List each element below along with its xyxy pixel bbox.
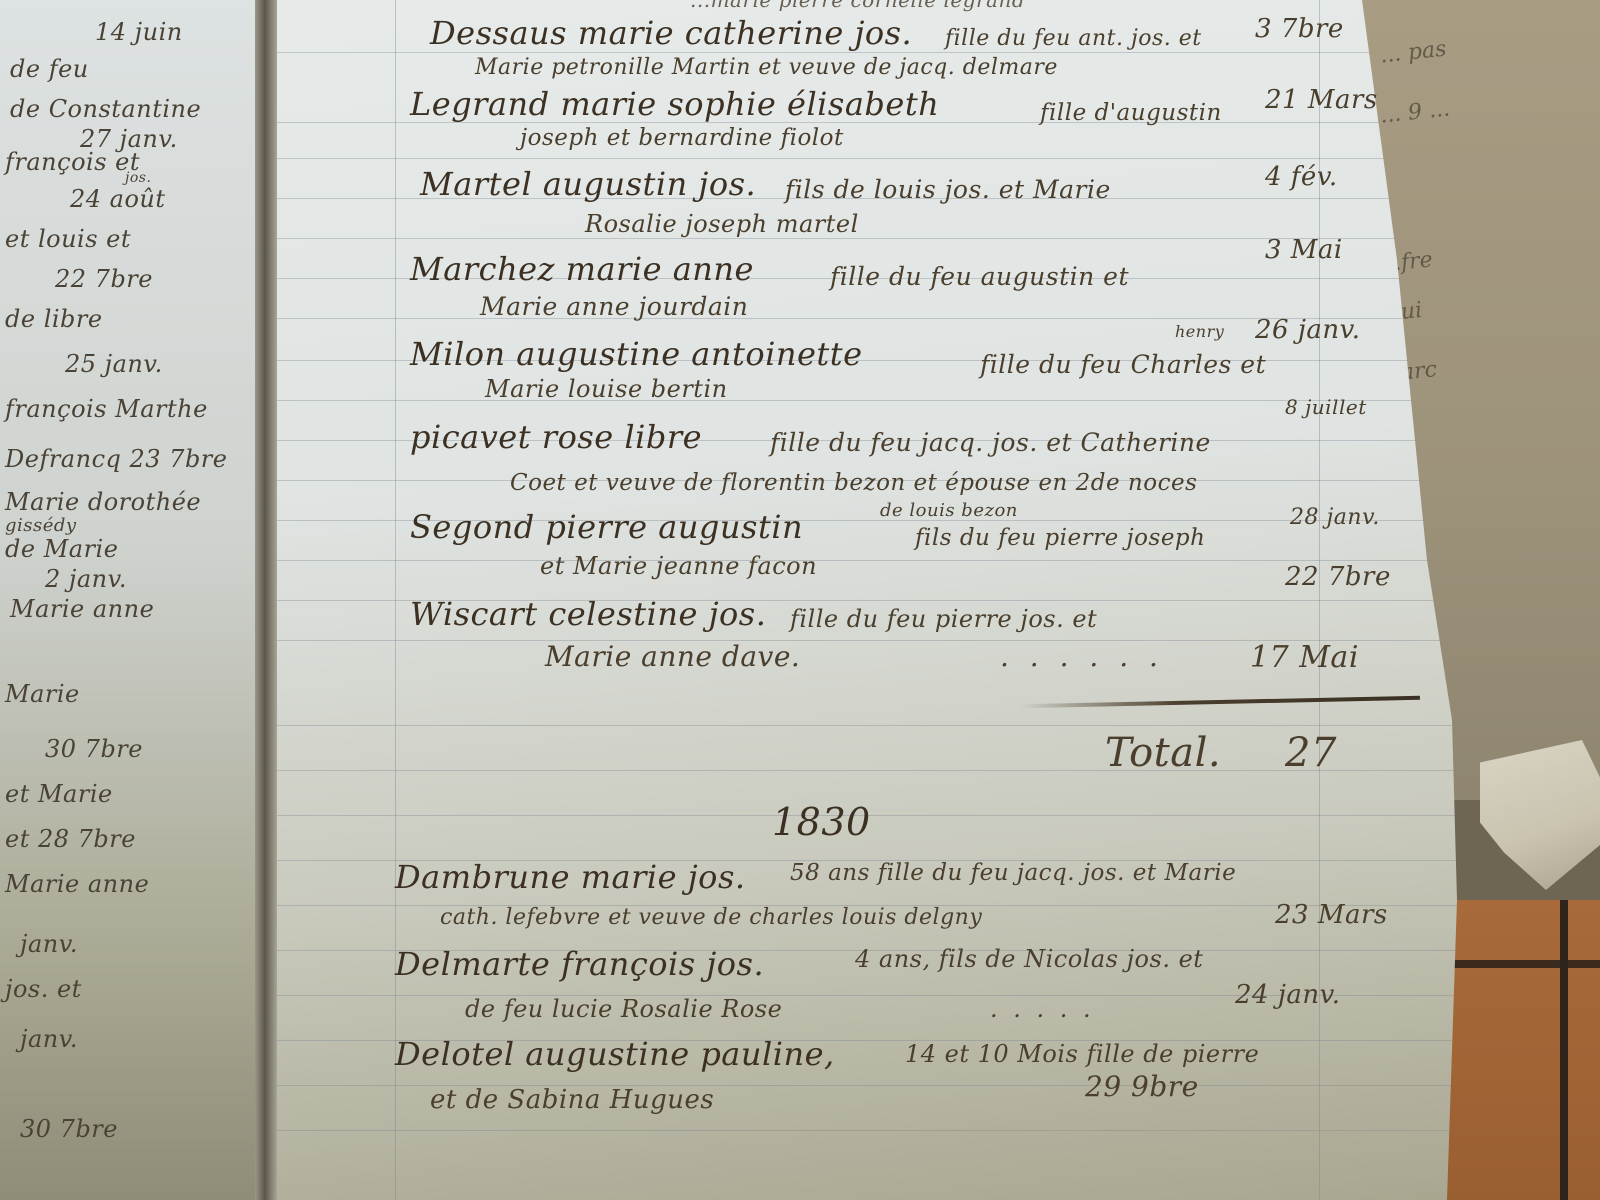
left-fragment: gissédy (5, 515, 77, 536)
background-fragment: ... pas (1379, 37, 1448, 69)
left-fragment: 2 janv. (45, 565, 127, 593)
entry-details: fils du feu pierre joseph (915, 525, 1205, 551)
left-fragment: Marie anne (10, 595, 154, 623)
left-fragment: 30 7bre (45, 735, 143, 763)
left-fragment: jos. (125, 170, 151, 186)
entry-name: Wiscart celestine jos. (410, 595, 766, 633)
entry-date: 21 Mars (1265, 85, 1378, 115)
entry-name: Marchez marie anne (410, 250, 754, 288)
entry-continuation: Rosalie joseph martel (585, 210, 859, 238)
background-fragment: ... 9 ... (1379, 96, 1451, 128)
ruled-line (277, 400, 1457, 401)
left-fragment: de Constantine (10, 95, 201, 123)
left-fragment: jos. et (5, 975, 82, 1003)
left-fragment: 24 août (70, 185, 166, 213)
photo-scene: ... pas ... 9 ... ...fre ...ui ...arc 14… (0, 0, 1600, 1200)
entry-details: 14 et 10 Mois fille de pierre (905, 1040, 1259, 1068)
book-gutter (255, 0, 277, 1200)
entry-date: 29 9bre (1085, 1070, 1199, 1103)
floor-tile (1440, 900, 1600, 1200)
entry-date: 3 Mai (1265, 235, 1343, 265)
entry-continuation: et Marie jeanne facon (540, 552, 817, 580)
left-fragment: de Marie (5, 535, 118, 563)
left-fragment: de feu (10, 55, 89, 83)
entry-name: Segond pierre augustin (410, 508, 803, 546)
entry-name: Delotel augustine pauline, (395, 1035, 835, 1073)
entry-date: 22 7bre (1285, 562, 1391, 592)
entry-date: 24 janv. (1235, 980, 1341, 1010)
entry-details: fille d'augustin (1040, 100, 1222, 126)
entry-date: 4 fév. (1265, 162, 1338, 192)
entry-continuation: Marie louise bertin (485, 375, 728, 403)
entry-name: Milon augustine antoinette (410, 335, 863, 373)
entry-name: Legrand marie sophie élisabeth (410, 85, 939, 123)
left-fragment: Marie dorothée (5, 488, 201, 516)
leader-dots: . . . . . . (1000, 640, 1164, 673)
ruled-line (277, 770, 1457, 771)
ruled-line (277, 1130, 1457, 1131)
year-heading: 1830 (772, 800, 871, 844)
entry-name: Martel augustin jos. (420, 165, 756, 203)
torn-paper-fragment (1480, 740, 1600, 890)
entry-name: Delmarte françois jos. (395, 945, 764, 983)
entry-details: 4 ans, fils de Nicolas jos. et (855, 945, 1203, 973)
entry-date: 17 Mai (1250, 640, 1359, 675)
entry-details: 58 ans fille du feu jacq. jos. et Marie (790, 860, 1236, 886)
entry-details: fille du feu ant. jos. et (945, 26, 1202, 51)
entry-superscript: de louis bezon (880, 500, 1018, 521)
entry-details: fils de louis jos. et Marie (785, 175, 1111, 204)
entry-date: 26 janv. (1255, 315, 1361, 345)
tile-grout (1560, 900, 1568, 1200)
left-fragment: et louis et (5, 225, 131, 253)
entry-continuation: de feu lucie Rosalie Rose (465, 995, 782, 1023)
left-fragment: 30 7bre (20, 1115, 118, 1143)
left-fragment: Marie anne (5, 870, 149, 898)
entry-continuation: et de Sabina Hugues (430, 1085, 714, 1115)
left-fragment: françois Marthe (5, 395, 208, 423)
left-fragment: et Marie (5, 780, 113, 808)
left-fragment: 22 7bre (55, 265, 153, 293)
ruled-line (277, 725, 1457, 726)
entry-details: fille du feu augustin et (830, 262, 1129, 291)
entry-continuation: cath. lefebvre et veuve de charles louis… (440, 905, 982, 930)
total-value: 27 (1285, 730, 1337, 776)
entry-details: fille du feu jacq. jos. et Catherine (770, 428, 1211, 457)
entry-details: fille du feu pierre jos. et (790, 605, 1097, 633)
left-fragment: 14 juin (95, 18, 183, 46)
cut-off-line: ...marie pierre cornelie legrand (690, 0, 1025, 12)
left-fragment: janv. (20, 1025, 78, 1053)
entry-name: picavet rose libre (410, 418, 702, 456)
tile-grout (1440, 960, 1600, 968)
entry-date: 23 Mars (1275, 900, 1388, 930)
entry-details: fille du feu Charles et (980, 350, 1266, 379)
left-fragment: et 28 7bre (5, 825, 136, 853)
left-fragment: Marie (5, 680, 80, 708)
left-fragment: Defrancq 23 7bre (5, 445, 227, 473)
entry-continuation: Marie anne jourdain (480, 292, 748, 321)
ruled-line (277, 52, 1457, 53)
entry-date: 3 7bre (1255, 14, 1344, 44)
entry-superscript: henry (1175, 322, 1224, 341)
entry-name: Dessaus marie catherine jos. (430, 14, 912, 52)
entry-continuation: Marie anne dave. (545, 640, 800, 673)
left-fragment: 25 janv. (65, 350, 163, 378)
left-page: 14 juin de feu de Constantine 27 janv. f… (0, 0, 255, 1200)
entry-continuation: Coet et veuve de florentin bezon et épou… (510, 470, 1197, 496)
entry-date: 28 janv. (1290, 505, 1380, 530)
left-fragment: de libre (5, 305, 103, 333)
left-fragment: françois et (5, 148, 140, 176)
leader-dots: . . . . . (990, 995, 1095, 1023)
ruled-line (277, 560, 1457, 561)
entry-name: Dambrune marie jos. (395, 858, 746, 896)
entry-continuation: joseph et bernardine fiolot (520, 125, 844, 151)
entry-continuation: Marie petronille Martin et veuve de jacq… (475, 55, 1058, 80)
left-fragment: janv. (20, 930, 78, 958)
ruled-line (277, 158, 1457, 159)
total-label: Total. (1105, 730, 1221, 776)
entry-date: 8 juillet (1285, 395, 1367, 419)
